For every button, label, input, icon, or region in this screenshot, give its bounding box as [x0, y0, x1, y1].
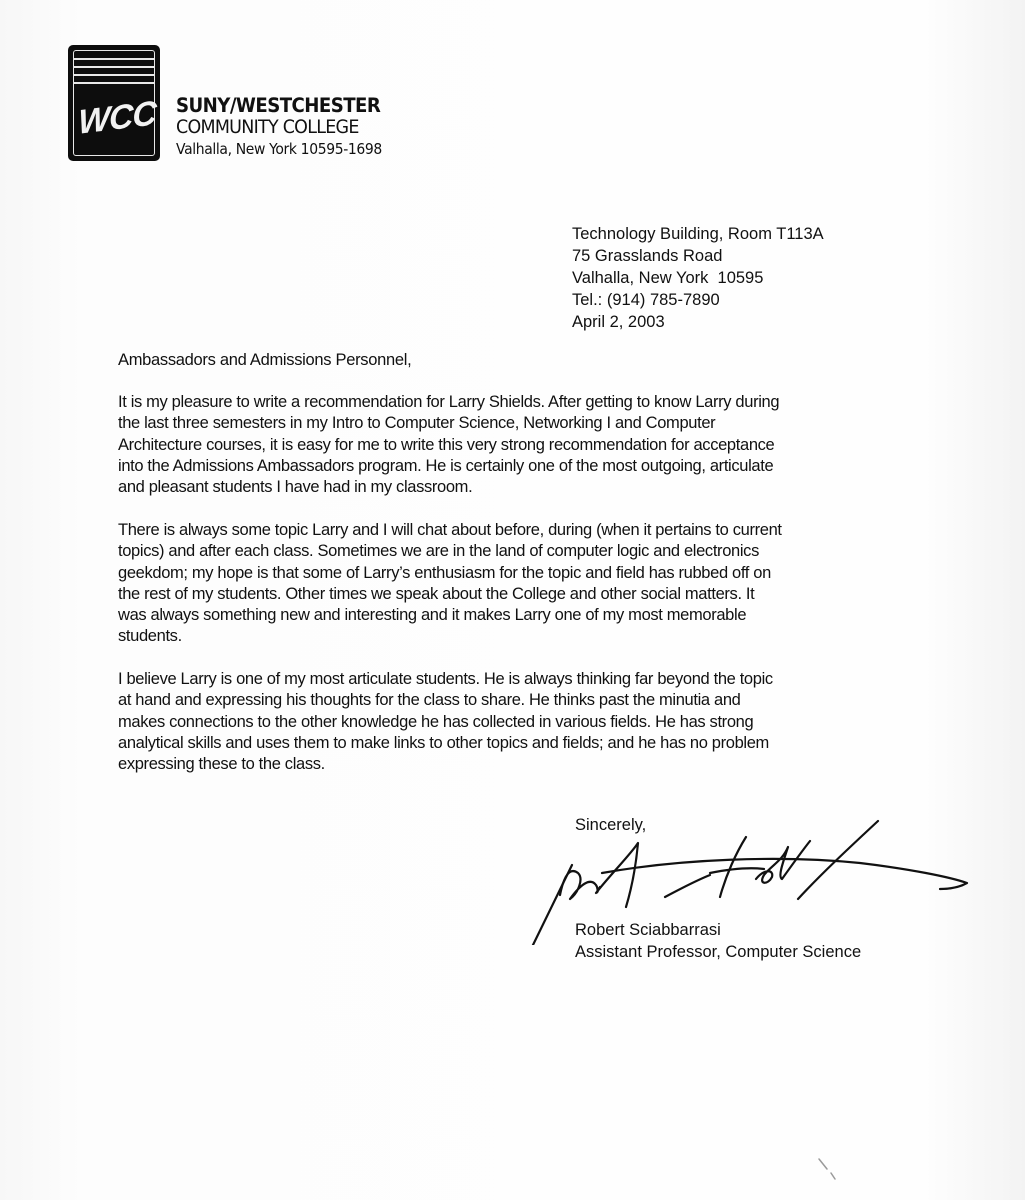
- scan-artifact: [815, 1155, 845, 1185]
- paragraph-line: students.: [118, 626, 918, 647]
- signer-block: Robert Sciabbarrasi Assistant Professor,…: [575, 919, 861, 963]
- body-paragraph-3: I believe Larry is one of my most articu…: [118, 669, 918, 775]
- logo-stripe: [73, 74, 155, 76]
- sender-city: Valhalla, New York 10595: [572, 267, 824, 289]
- logo-stripe: [73, 82, 155, 84]
- sender-address-block: Technology Building, Room T113A 75 Grass…: [572, 223, 824, 333]
- college-letterhead: SUNY/WESTCHESTER COMMUNITY COLLEGE Valha…: [176, 95, 397, 160]
- college-address: Valhalla, New York 10595-1698: [176, 138, 382, 160]
- paragraph-line: analytical skills and uses them to make …: [118, 733, 918, 754]
- logo-stripe: [73, 66, 155, 68]
- wcc-logo: WCC: [68, 45, 160, 161]
- college-subtitle: COMMUNITY COLLEGE: [176, 117, 380, 138]
- signer-title: Assistant Professor, Computer Science: [575, 941, 861, 963]
- paragraph-line: I believe Larry is one of my most articu…: [118, 669, 918, 690]
- paragraph-line: makes connections to the other knowledge…: [118, 712, 918, 733]
- paragraph-line: geekdom; my hope is that some of Larry’s…: [118, 563, 918, 584]
- paragraph-line: was always something new and interesting…: [118, 605, 918, 626]
- sender-street: 75 Grasslands Road: [572, 245, 824, 267]
- paragraph-line: There is always some topic Larry and I w…: [118, 520, 918, 541]
- paragraph-line: and pleasant students I have had in my c…: [118, 477, 918, 498]
- paragraph-line: at hand and expressing his thoughts for …: [118, 690, 918, 711]
- salutation: Ambassadors and Admissions Personnel,: [118, 351, 411, 370]
- logo-stripe: [73, 58, 155, 60]
- paragraph-line: Architecture courses, it is easy for me …: [118, 435, 918, 456]
- paragraph-line: the last three semesters in my Intro to …: [118, 413, 918, 434]
- paragraph-line: into the Admissions Ambassadors program.…: [118, 456, 918, 477]
- paragraph-line: topics) and after each class. Sometimes …: [118, 541, 918, 562]
- paragraph-line: expressing these to the class.: [118, 754, 918, 775]
- paragraph-line: the rest of my students. Other times we …: [118, 584, 918, 605]
- college-name: SUNY/WESTCHESTER: [176, 95, 382, 117]
- signer-name: Robert Sciabbarrasi: [575, 919, 861, 941]
- paragraph-line: It is my pleasure to write a recommendat…: [118, 392, 918, 413]
- sender-phone: Tel.: (914) 785-7890: [572, 289, 824, 311]
- body-paragraph-2: There is always some topic Larry and I w…: [118, 520, 918, 648]
- letter-date: April 2, 2003: [572, 311, 824, 333]
- body-paragraph-1: It is my pleasure to write a recommendat…: [118, 392, 918, 498]
- sender-room: Technology Building, Room T113A: [572, 223, 824, 245]
- letter-page: WCC SUNY/WESTCHESTER COMMUNITY COLLEGE V…: [0, 0, 1025, 1200]
